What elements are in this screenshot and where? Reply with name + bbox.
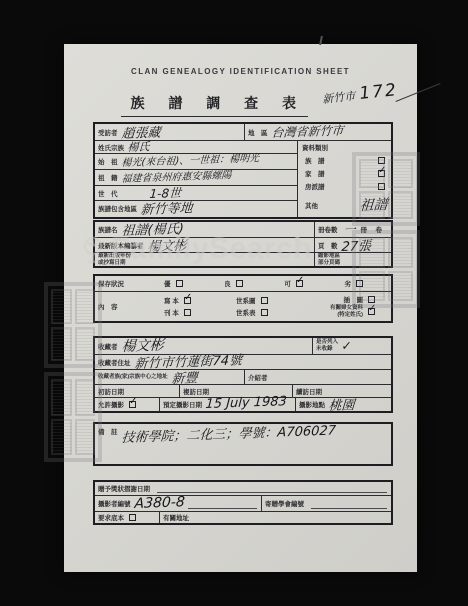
- second-visit-label: 複訪日期: [180, 387, 212, 396]
- remarks-label: 備 註: [95, 427, 121, 436]
- condition-row: 保存狀況 優 良 可 劣: [95, 276, 391, 291]
- generations-label: 世 代: [95, 189, 121, 198]
- film-number-value: 172: [358, 80, 398, 104]
- content-pedigree-table: 世系表: [233, 308, 311, 317]
- permit-filming-label: 允許攝影: [95, 400, 127, 409]
- material-type-header: 資料類別: [302, 143, 387, 152]
- award-date-label: 贈予獎狀摺謝日期: [95, 484, 153, 493]
- holder-address-label: 收藏者住址: [95, 358, 134, 367]
- related-address-label: 有關地址: [160, 513, 192, 522]
- form-english-title: CLAN GENEALOGY IDENTIFICATION SHEET: [64, 67, 417, 76]
- content-row: 內 容 寫 本 刊 本 世系圖: [95, 291, 391, 321]
- compiler-row: 最新版本編纂者 楊文彬 頁 數 27張: [95, 237, 391, 252]
- filming-place-value: 桃園: [328, 394, 355, 414]
- content-illustration: 插 圖: [311, 295, 391, 304]
- condition-fair: 可: [281, 279, 305, 288]
- pedigree-table-checkbox: [261, 309, 268, 316]
- volumes-label: 冊卷數: [315, 225, 341, 234]
- pages-label: 頁 數: [315, 241, 341, 250]
- content-women-data: 有關婦女資料 (特定姓氏): [311, 305, 391, 318]
- condition-excellent-checkbox: [176, 280, 183, 287]
- form-chinese-title: 族 譜 調 查 表: [120, 93, 308, 117]
- printed-checkbox: [184, 309, 191, 316]
- condition-poor-checkbox: [356, 280, 363, 287]
- film-scratch-mark: [319, 36, 323, 45]
- basic-info-lower: 姓氏宗族 楊氏 始 祖 楊光(來台祖)、一世祖：楊明光 祖 籍 福建省泉州府惠安…: [95, 140, 391, 217]
- clan-center-label: 收藏者族(家)宗族中心之地址: [95, 374, 171, 381]
- filming-place-label: 攝影地點: [296, 400, 328, 409]
- genealogy-title-label: 族譜名: [95, 225, 121, 234]
- condition-good-checkbox: [236, 280, 243, 287]
- condition-good: 良: [221, 279, 245, 288]
- film-area-label: 縮影地區 部分頁碼: [315, 253, 343, 266]
- surname-label: 姓氏宗族: [95, 143, 127, 152]
- area-value: 台灣省新竹市: [271, 121, 344, 141]
- content-pedigree-chart: 世系圖: [233, 296, 311, 305]
- ancestral-home-label: 祖 籍: [95, 173, 121, 182]
- admin-box: 贈予獎狀摺謝日期 攝影者編號 A380-8 寄贈學會編號 要求底本: [93, 480, 393, 525]
- family-genealogy-checkbox: [378, 170, 385, 177]
- condition-label: 保存狀況: [95, 279, 161, 288]
- branch-genealogy-checkbox: [378, 183, 385, 190]
- filming-row: 允許攝影 預定攝影日期 15 July 1983 攝影地點 桃園: [95, 397, 391, 411]
- pubdate-row: 最新出版年份 或抄寫日期 縮影地區 部分頁碼: [95, 252, 391, 266]
- scanned-form-page: CLAN GENEALOGY IDENTIFICATION SHEET 族 譜 …: [64, 44, 417, 572]
- remarks-box: 備 註 技術學院；二化三；學號：A706027: [93, 422, 393, 466]
- material-option-clan: 族 譜: [302, 156, 387, 165]
- remarks-row: 備 註 技術學院；二化三；學號：A706027: [95, 424, 391, 444]
- photographer-number-value: A380-8: [134, 494, 185, 512]
- remarks-value: 技術學院；二化三；學號：A706027: [121, 419, 337, 446]
- material-option-branch: 房派譜: [302, 182, 387, 191]
- interviewee-label: 受訪者: [95, 128, 121, 137]
- material-option-family: 家 譜: [302, 169, 387, 178]
- photographer-number-label: 攝影者編號: [95, 499, 134, 508]
- coverage-label: 族譜包含地區: [95, 204, 140, 213]
- coverage-row: 族譜包含地區 新竹等地: [95, 200, 297, 216]
- content-manuscript: 寫 本: [161, 296, 233, 305]
- clan-genealogy-checkbox: [378, 157, 385, 164]
- copy-request-row: 要求底本 有關地址: [95, 511, 391, 523]
- pedigree-chart-checkbox: [261, 297, 268, 304]
- ancestral-home-row: 祖 籍 福建省泉州府惠安縣螺陽: [95, 169, 297, 185]
- copy-request-checkbox: [129, 514, 136, 521]
- award-date-row: 贈予獎狀摺謝日期: [95, 482, 391, 495]
- listed-checkmark: ✓: [341, 339, 352, 353]
- microfilm-frame: CLAN GENEALOGY IDENTIFICATION SHEET 族 譜 …: [0, 0, 468, 606]
- photographer-number-line: [188, 498, 257, 508]
- filming-date-label: 預定攝影日期: [160, 400, 205, 409]
- material-other-value: 祖譜: [359, 194, 388, 215]
- condition-content-box: 保存狀況 優 良 可 劣: [93, 274, 393, 323]
- generations-row: 世 代 1-8世: [95, 185, 297, 200]
- film-number-place: 新竹市: [322, 90, 356, 106]
- genealogy-title-row: 族譜名 祖譜(楊氏) 冊卷數 一 冊 卷: [95, 222, 391, 237]
- coverage-value: 新竹等地: [140, 197, 193, 218]
- basic-info-box: 受訪者 趙張藏 地 區 台灣省新竹市 姓氏宗族 楊氏 始 祖 楊光(來台祖)、: [93, 122, 393, 219]
- manuscript-checkbox: [184, 297, 191, 304]
- first-ancestor-value: 楊光(來台祖)、一世祖：楊明光: [121, 149, 260, 169]
- handwritten-film-number: 新竹市 172: [321, 80, 399, 108]
- first-visit-label: 初訪日期: [95, 387, 127, 396]
- award-date-blank-line: [157, 484, 387, 493]
- genealogy-title-box: 族譜名 祖譜(楊氏) 冊卷數 一 冊 卷 最新版本編纂者 楊文彬 頁 數 27張: [93, 220, 393, 268]
- material-type-column: 資料類別 族 譜 家 譜 房派譜 其他 祖譜: [297, 141, 391, 217]
- first-ancestor-label: 始 祖: [95, 157, 121, 166]
- content-printed: 刊 本: [161, 308, 233, 317]
- material-option-other: 其他 祖譜: [302, 195, 387, 215]
- holder-box: 收藏者 楊文彬 是否列入 未收錄 ✓ 收藏者住址 新竹市竹蓮街74號 收藏者族(…: [93, 336, 393, 413]
- introducer-label: 介紹者: [245, 373, 271, 382]
- condition-excellent: 優: [161, 279, 185, 288]
- ancestral-home-value: 福建省泉州府惠安縣螺陽: [121, 166, 232, 185]
- condition-poor: 劣: [341, 279, 365, 288]
- holder-row: 收藏者 楊文彬 是否列入 未收錄 ✓: [95, 338, 391, 354]
- volumes-unit-juan: 卷: [372, 225, 385, 234]
- pubdate-label: 最新出版年份 或抄寫日期: [95, 253, 134, 266]
- holder-address-row: 收藏者住址 新竹市竹蓮街74號: [95, 354, 391, 369]
- clan-center-row: 收藏者族(家)宗族中心之地址 新豐 介紹者: [95, 369, 391, 384]
- material-other-label: 其他: [302, 201, 321, 210]
- permit-filming-checkbox: [129, 401, 136, 408]
- women-data-checkbox: [368, 308, 375, 315]
- photographer-row: 攝影者編號 A380-8 寄贈學會編號: [95, 495, 391, 511]
- condition-fair-checkbox: [296, 280, 303, 287]
- area-label: 地 區: [245, 128, 271, 137]
- copy-request-label: 要求底本: [95, 513, 127, 522]
- content-label: 內 容: [95, 302, 161, 311]
- handwritten-corner-stroke: [396, 83, 441, 102]
- volumes-unit-ce: 冊: [357, 225, 370, 234]
- holder-label: 收藏者: [95, 342, 121, 351]
- followup-visit-label: 續訪日期: [293, 387, 325, 396]
- listed-label: 是否列入 未收錄: [313, 339, 341, 352]
- donation-number-label: 寄贈學會編號: [262, 499, 307, 508]
- compiler-label: 最新版本編纂者: [95, 241, 147, 250]
- filming-date-value: 15 July 1983: [205, 394, 287, 412]
- illustration-checkbox: [368, 296, 375, 303]
- donation-number-line: [311, 498, 387, 508]
